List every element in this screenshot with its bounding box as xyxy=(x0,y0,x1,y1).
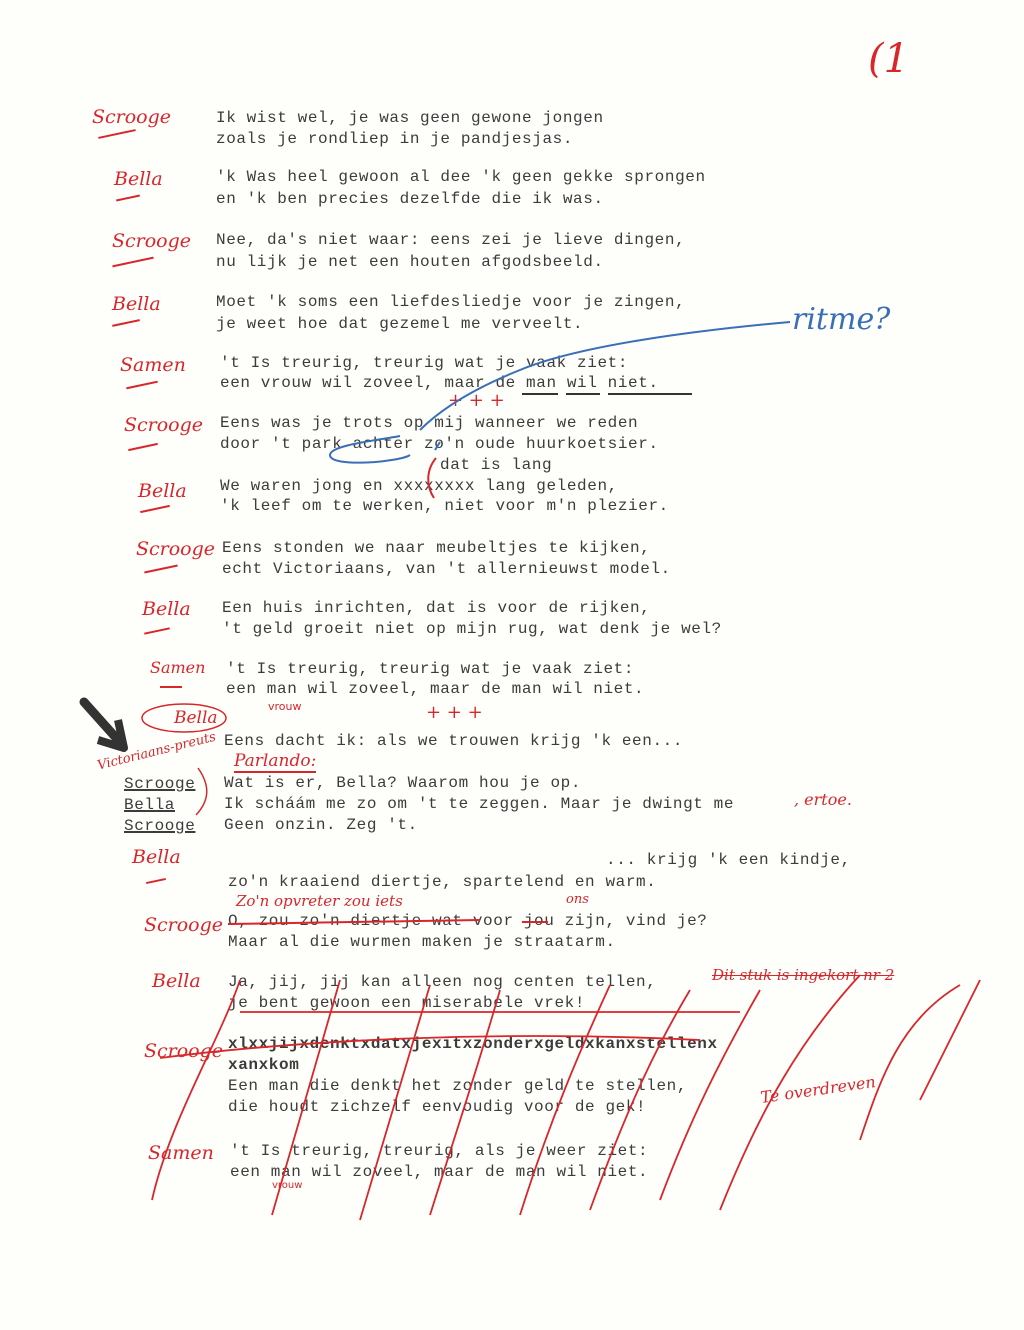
stage-direction: Parlando: xyxy=(234,751,316,773)
xed-out-line: xanxkom xyxy=(228,1055,299,1076)
verse-line: zo'n kraaiend diertje, spartelend en war… xyxy=(228,872,656,893)
speaker-label: Bella xyxy=(132,846,181,868)
xed-out-line: xlxxjijxdenktxdatxjexitxzonderxgeldxkanx… xyxy=(228,1034,718,1055)
verse-line: Maar al die wurmen maken je straatarm. xyxy=(228,932,616,953)
verse-line: Eens was je trots op mij wanneer we rede… xyxy=(220,413,638,434)
speaker-underline xyxy=(144,627,170,634)
manuscript-page: (1 Scrooge Ik wist wel, je was geen gewo… xyxy=(0,0,1024,1330)
speaker-label: Scrooge xyxy=(144,914,223,936)
verse-line: echt Victoriaans, van 't allernieuwst mo… xyxy=(222,559,671,580)
typed-speaker: Scrooge xyxy=(124,774,195,795)
verse-line: Wat is er, Bella? Waarom hou je op. xyxy=(224,773,581,794)
speaker-label: Bella xyxy=(142,598,191,620)
speaker-label: Bella xyxy=(114,168,163,190)
speaker-label: Samen xyxy=(120,354,186,376)
verse-line: een vrouw wil zoveel, maar de man wil ni… xyxy=(220,373,659,394)
speaker-underline xyxy=(116,195,140,202)
verse-line: Nee, da's niet waar: eens zei je lieve d… xyxy=(216,230,685,251)
plus-marks: + + + xyxy=(448,390,505,411)
speaker-label: Bella xyxy=(138,480,187,502)
verse-line: Eens dacht ik: als we trouwen krijg 'k e… xyxy=(224,731,683,752)
addition-ertoe: , ertoe. xyxy=(794,790,852,809)
verse-line: 't geld groeit niet op mijn rug, wat den… xyxy=(222,619,722,640)
speaker-underline xyxy=(146,878,166,884)
verse-line: je weet hoe dat gezemel me verveelt. xyxy=(216,314,583,335)
verse-line: ... krijg 'k een kindje, xyxy=(606,850,851,871)
speaker-underline xyxy=(112,319,140,327)
verse-line: Ja, jij, jij kan alleen nog centen telle… xyxy=(228,972,656,993)
insertion-text: dat is lang xyxy=(440,455,552,476)
speaker-label: Samen xyxy=(148,1142,214,1164)
verse-line: Een man die denkt het zonder geld te ste… xyxy=(228,1076,687,1097)
verse-line: een man wil zoveel, maar de man wil niet… xyxy=(226,679,644,700)
speaker-label: Scrooge xyxy=(136,538,215,560)
verse-line: We waren jong en xxxxxxxx lang geleden, xyxy=(220,476,618,497)
speaker-label: Bella xyxy=(152,970,201,992)
speaker-label: Scrooge xyxy=(144,1040,223,1062)
correction-word: ons xyxy=(566,892,589,907)
verse-line: en 'k ben precies dezelfde die ik was. xyxy=(216,189,604,210)
typed-speaker: Scrooge xyxy=(124,816,195,837)
speaker-underline xyxy=(126,381,158,390)
verse-line: je bent gewoon een miserabele vrek! xyxy=(228,993,585,1014)
plus-marks: + + + xyxy=(426,702,483,723)
speaker-label: Bella xyxy=(174,708,218,728)
speaker-label: Scrooge xyxy=(124,414,203,436)
correction-vrouw: vrouw xyxy=(268,700,302,713)
margin-note-ritme: ritme? xyxy=(792,302,890,337)
speaker-underline xyxy=(128,443,158,451)
typed-speaker: Bella xyxy=(124,795,175,816)
verse-line: Moet 'k soms een liefdesliedje voor je z… xyxy=(216,292,685,313)
stage-note: Victoriaans-preuts xyxy=(96,730,217,774)
verse-line: 't Is treurig, treurig wat je vaak ziet: xyxy=(220,353,628,374)
speaker-underline xyxy=(160,686,182,688)
speaker-label: Scrooge xyxy=(112,230,191,252)
margin-note-overdreven: Te overdreven xyxy=(759,1072,876,1107)
verse-line: 'k leef om te werken, niet voor m'n plez… xyxy=(220,496,669,517)
speaker-label: Scrooge xyxy=(92,106,171,128)
verse-line: nu lijk je net een houten afgodsbeeld. xyxy=(216,252,604,273)
correction-above: Zo'n opvreter zou iets xyxy=(236,892,403,910)
verse-line: Geen onzin. Zeg 't. xyxy=(224,815,418,836)
verse-line: Ik wist wel, je was geen gewone jongen xyxy=(216,108,604,129)
verse-line: O, zou zo'n diertje wat voor jou zijn, v… xyxy=(228,911,707,932)
verse-line: door 't park achter zo'n oude huurkoetsi… xyxy=(220,434,659,455)
speaker-underline xyxy=(140,505,170,513)
verse-line: 't Is treurig, treurig, als je weer ziet… xyxy=(230,1141,648,1162)
correction-vrouw: vrouw xyxy=(272,1180,302,1191)
verse-line: Een huis inrichten, dat is voor de rijke… xyxy=(222,598,650,619)
speaker-label: Samen xyxy=(150,658,205,677)
speaker-underline xyxy=(112,257,153,268)
speaker-label: Bella xyxy=(112,293,161,315)
verse-line: 'k Was heel gewoon al dee 'k geen gekke … xyxy=(216,167,706,188)
corner-mark: (1 xyxy=(868,36,909,82)
struck-note: Dit stuk is ingekort nr 2 xyxy=(712,966,894,984)
verse-line: zoals je rondliep in je pandjesjas. xyxy=(216,129,573,150)
verse-line: Ik scháám me zo om 't te zeggen. Maar je… xyxy=(224,794,734,815)
verse-line: 't Is treurig, treurig wat je vaak ziet: xyxy=(226,659,634,680)
speaker-underline xyxy=(98,129,136,139)
verse-line: Eens stonden we naar meubeltjes te kijke… xyxy=(222,538,650,559)
speaker-underline xyxy=(144,564,178,573)
verse-line: die houdt zichzelf eenvoudig voor de gek… xyxy=(228,1097,646,1118)
